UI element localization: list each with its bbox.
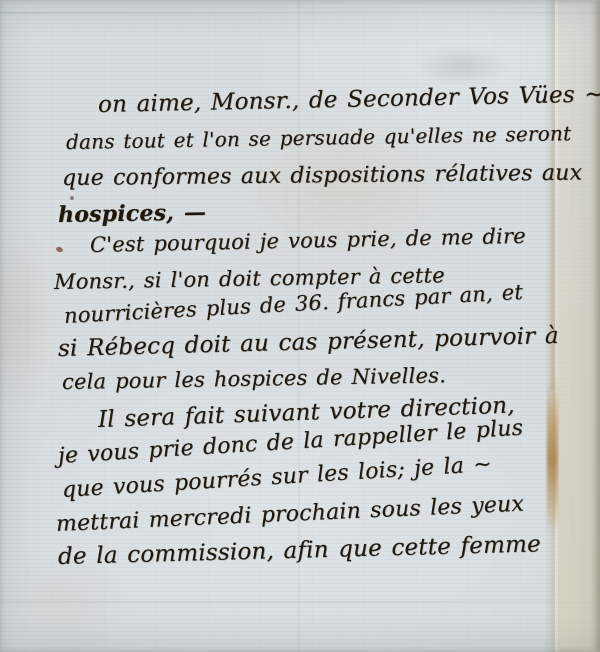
manuscript-letter-photo: on aime, Monsr., de Seconder Vos Vües ~ … bbox=[0, 0, 600, 652]
manuscript-line: hospices, — bbox=[58, 199, 207, 228]
